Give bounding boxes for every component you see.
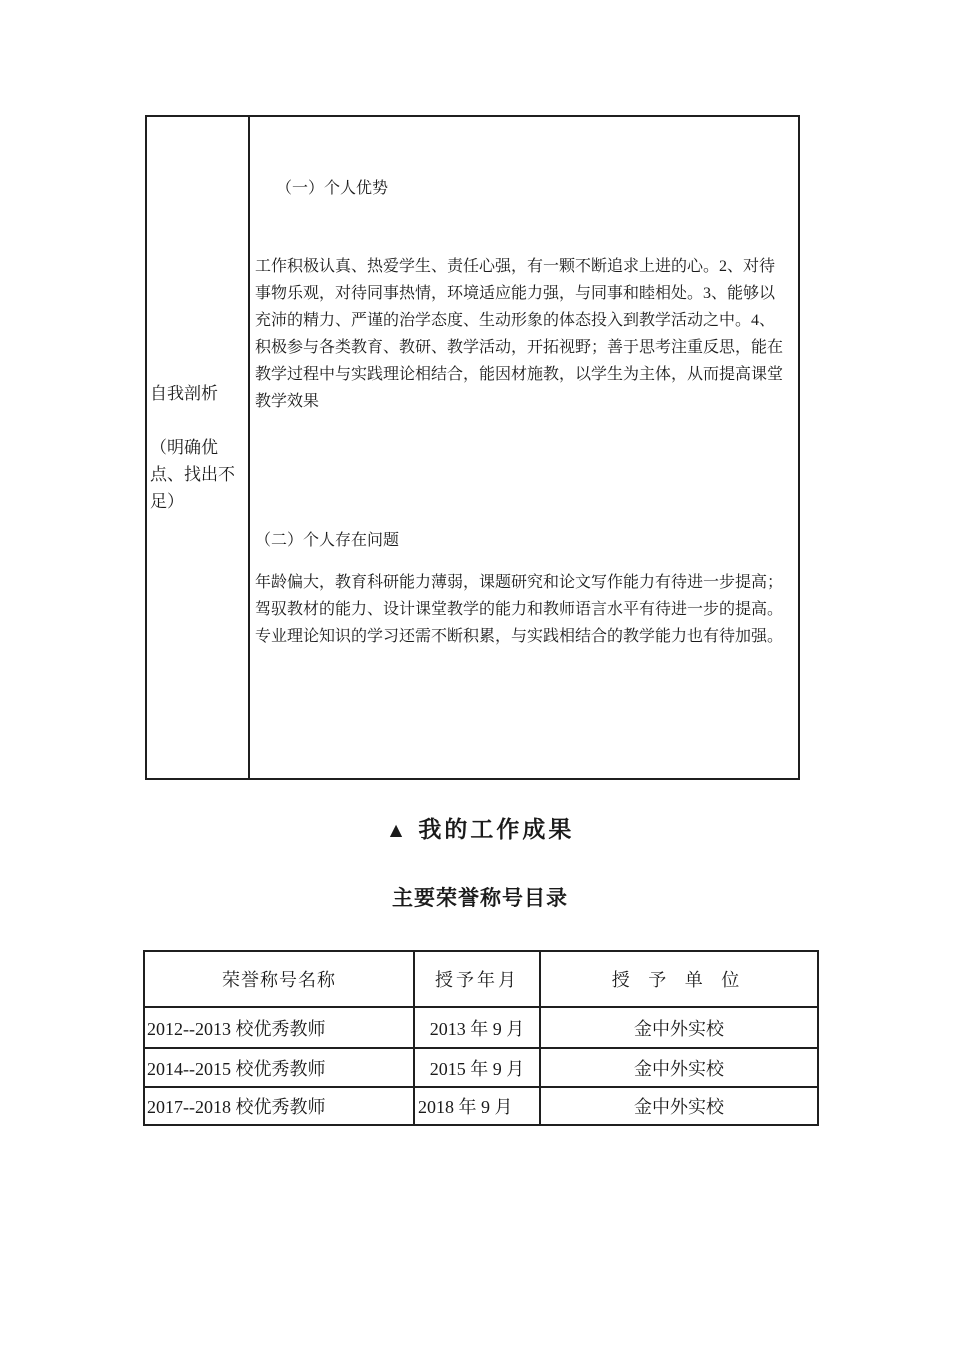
- self-analysis-table: 自我剖析 （明确优 点、找出不 足） （一）个人优势 工作积极认真、热爱学生、责…: [145, 115, 800, 780]
- honor-titles-directory-heading: 主要荣誉称号目录: [0, 884, 960, 912]
- personal-problems-heading: （二）个人存在问题: [255, 527, 790, 554]
- honor-name-cell: 2017--2018 校优秀教师: [144, 1087, 414, 1125]
- award-unit-cell: 金中外实校: [540, 1007, 818, 1048]
- personal-strengths-paragraph: 工作积极认真、热爱学生、责任心强，有一颗不断追求上进的心。2、对待事物乐观，对待…: [255, 253, 790, 415]
- honor-table-row: 2014--2015 校优秀教师 2015 年 9 月 金中外实校: [144, 1048, 818, 1087]
- work-results-heading-text: 我的工作成果: [418, 817, 574, 842]
- honor-table-header-row: 荣誉称号名称 授予年月 授 予 单 位: [144, 951, 818, 1007]
- personal-strengths-heading: （一）个人优势: [255, 175, 790, 202]
- honor-name-column-header: 荣誉称号名称: [144, 951, 414, 1007]
- award-date-cell: 2018 年 9 月: [414, 1087, 540, 1125]
- honor-name-cell: 2014--2015 校优秀教师: [144, 1048, 414, 1087]
- award-date-cell: 2015 年 9 月: [414, 1048, 540, 1087]
- self-analysis-row-label: 自我剖析 （明确优 点、找出不 足）: [147, 117, 250, 778]
- document-page: 自我剖析 （明确优 点、找出不 足） （一）个人优势 工作积极认真、热爱学生、责…: [0, 0, 960, 1357]
- award-unit-column-header: 授 予 单 位: [540, 951, 818, 1007]
- award-date-column-header: 授予年月: [414, 951, 540, 1007]
- personal-problems-paragraph: 年龄偏大，教育科研能力薄弱，课题研究和论文写作能力有待进一步提高；驾驭教材的能力…: [255, 569, 790, 650]
- award-date-cell: 2013 年 9 月: [414, 1007, 540, 1048]
- honor-table-row: 2012--2013 校优秀教师 2013 年 9 月 金中外实校: [144, 1007, 818, 1048]
- award-unit-cell: 金中外实校: [540, 1048, 818, 1087]
- honor-titles-table: 荣誉称号名称 授予年月 授 予 单 位 2012--2013 校优秀教师 201…: [143, 950, 819, 1126]
- honor-name-cell: 2012--2013 校优秀教师: [144, 1007, 414, 1048]
- award-unit-cell: 金中外实校: [540, 1087, 818, 1125]
- triangle-bullet-icon: ▲: [386, 818, 407, 842]
- self-analysis-content: （一）个人优势 工作积极认真、热爱学生、责任心强，有一颗不断追求上进的心。2、对…: [250, 117, 798, 778]
- honor-table-row: 2017--2018 校优秀教师 2018 年 9 月 金中外实校: [144, 1087, 818, 1125]
- work-results-heading: ▲我的工作成果: [0, 816, 960, 844]
